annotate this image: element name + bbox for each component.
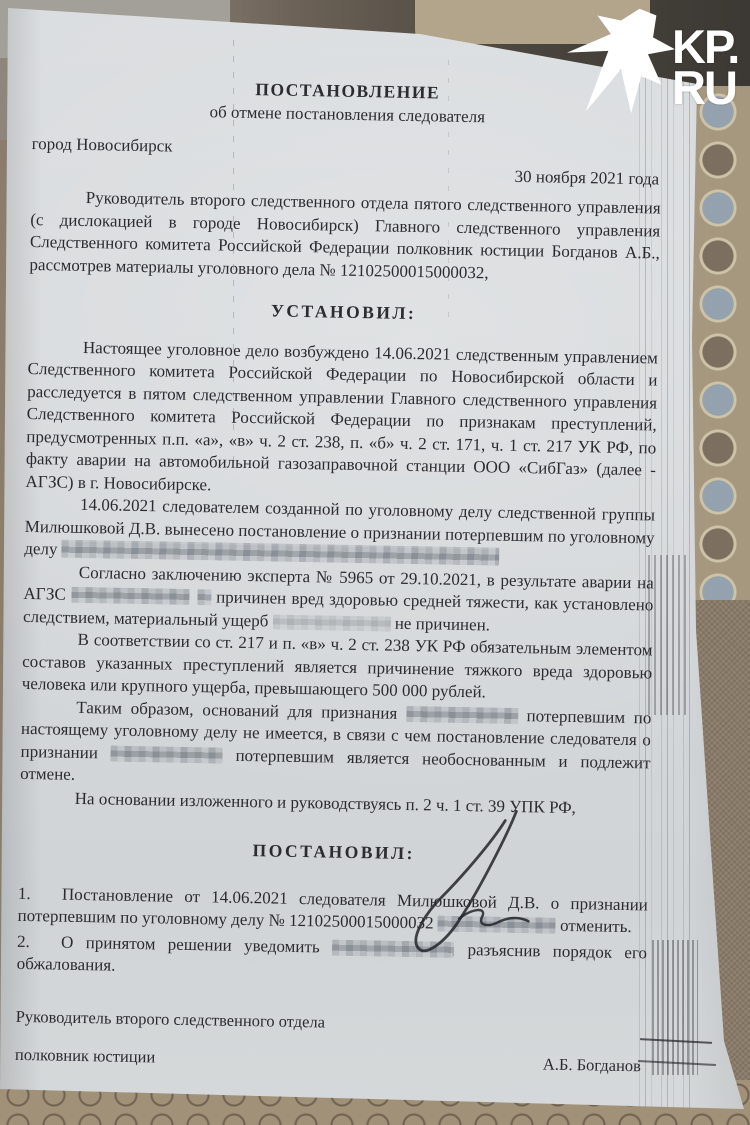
redacted-name-blur-light (272, 614, 390, 631)
kp-ru-watermark: KP. RU (562, 0, 750, 122)
handwritten-signature (398, 800, 583, 965)
redacted-fragment-blur (197, 589, 211, 605)
item-number: 1. (18, 882, 62, 905)
intro-text: Руководитель второго следственного отдел… (29, 188, 660, 282)
photocopy-streaks-dark (648, 555, 688, 715)
paragraph-recognition: 14.06.2021 следователем созданной по уго… (24, 493, 655, 572)
signoff-name: А.Б. Богданов (543, 1054, 645, 1078)
kp-bird-icon (562, 2, 680, 120)
signoff-role-line2: полковник юстиции (15, 1044, 156, 1069)
paragraph-text: Таким образом, оснований для признания (76, 697, 397, 722)
intro-paragraph: Руководитель второго следственного отдел… (29, 186, 661, 288)
redacted-name-blur (111, 745, 223, 763)
paragraph-expert: Согласно заключению эксперта № 5965 от 2… (23, 560, 654, 639)
paragraph-text: Настоящее уголовное дело возбуждено 14.0… (25, 337, 658, 493)
fabric-right-pattern (686, 86, 750, 631)
document-paper: ПОСТАНОВЛЕНИЕ об отмене постановления сл… (0, 0, 750, 1125)
kp-logo-line2: RU (672, 67, 738, 108)
paragraph-case-opened: Настоящее уголовное дело возбуждено 14.0… (25, 335, 658, 504)
item-number: 2. (17, 930, 61, 953)
paragraph-text: не причинен. (395, 613, 491, 634)
paragraph-law: В соответствии со ст. 217 и п. «в» ч. 2 … (22, 628, 653, 707)
established-heading: УСТАНОВИЛ: (29, 295, 659, 329)
photocopy-streaks-dark (652, 940, 698, 1075)
redacted-name-blur (71, 587, 189, 605)
item-text: О принятом решении уведомить (61, 932, 320, 956)
kp-logo-text: KP. RU (672, 26, 738, 109)
redacted-name-blur (62, 540, 500, 566)
redacted-name-blur (406, 705, 518, 723)
paragraph-text: В соответствии со ст. 217 и п. «в» ч. 2 … (22, 630, 653, 701)
signoff-block: Руководитель второго следственного отдел… (15, 1005, 646, 1078)
signoff-role-line1: Руководитель второго следственного отдел… (16, 1005, 646, 1039)
paragraph-conclusion: Таким образом, оснований для признания п… (20, 695, 652, 797)
